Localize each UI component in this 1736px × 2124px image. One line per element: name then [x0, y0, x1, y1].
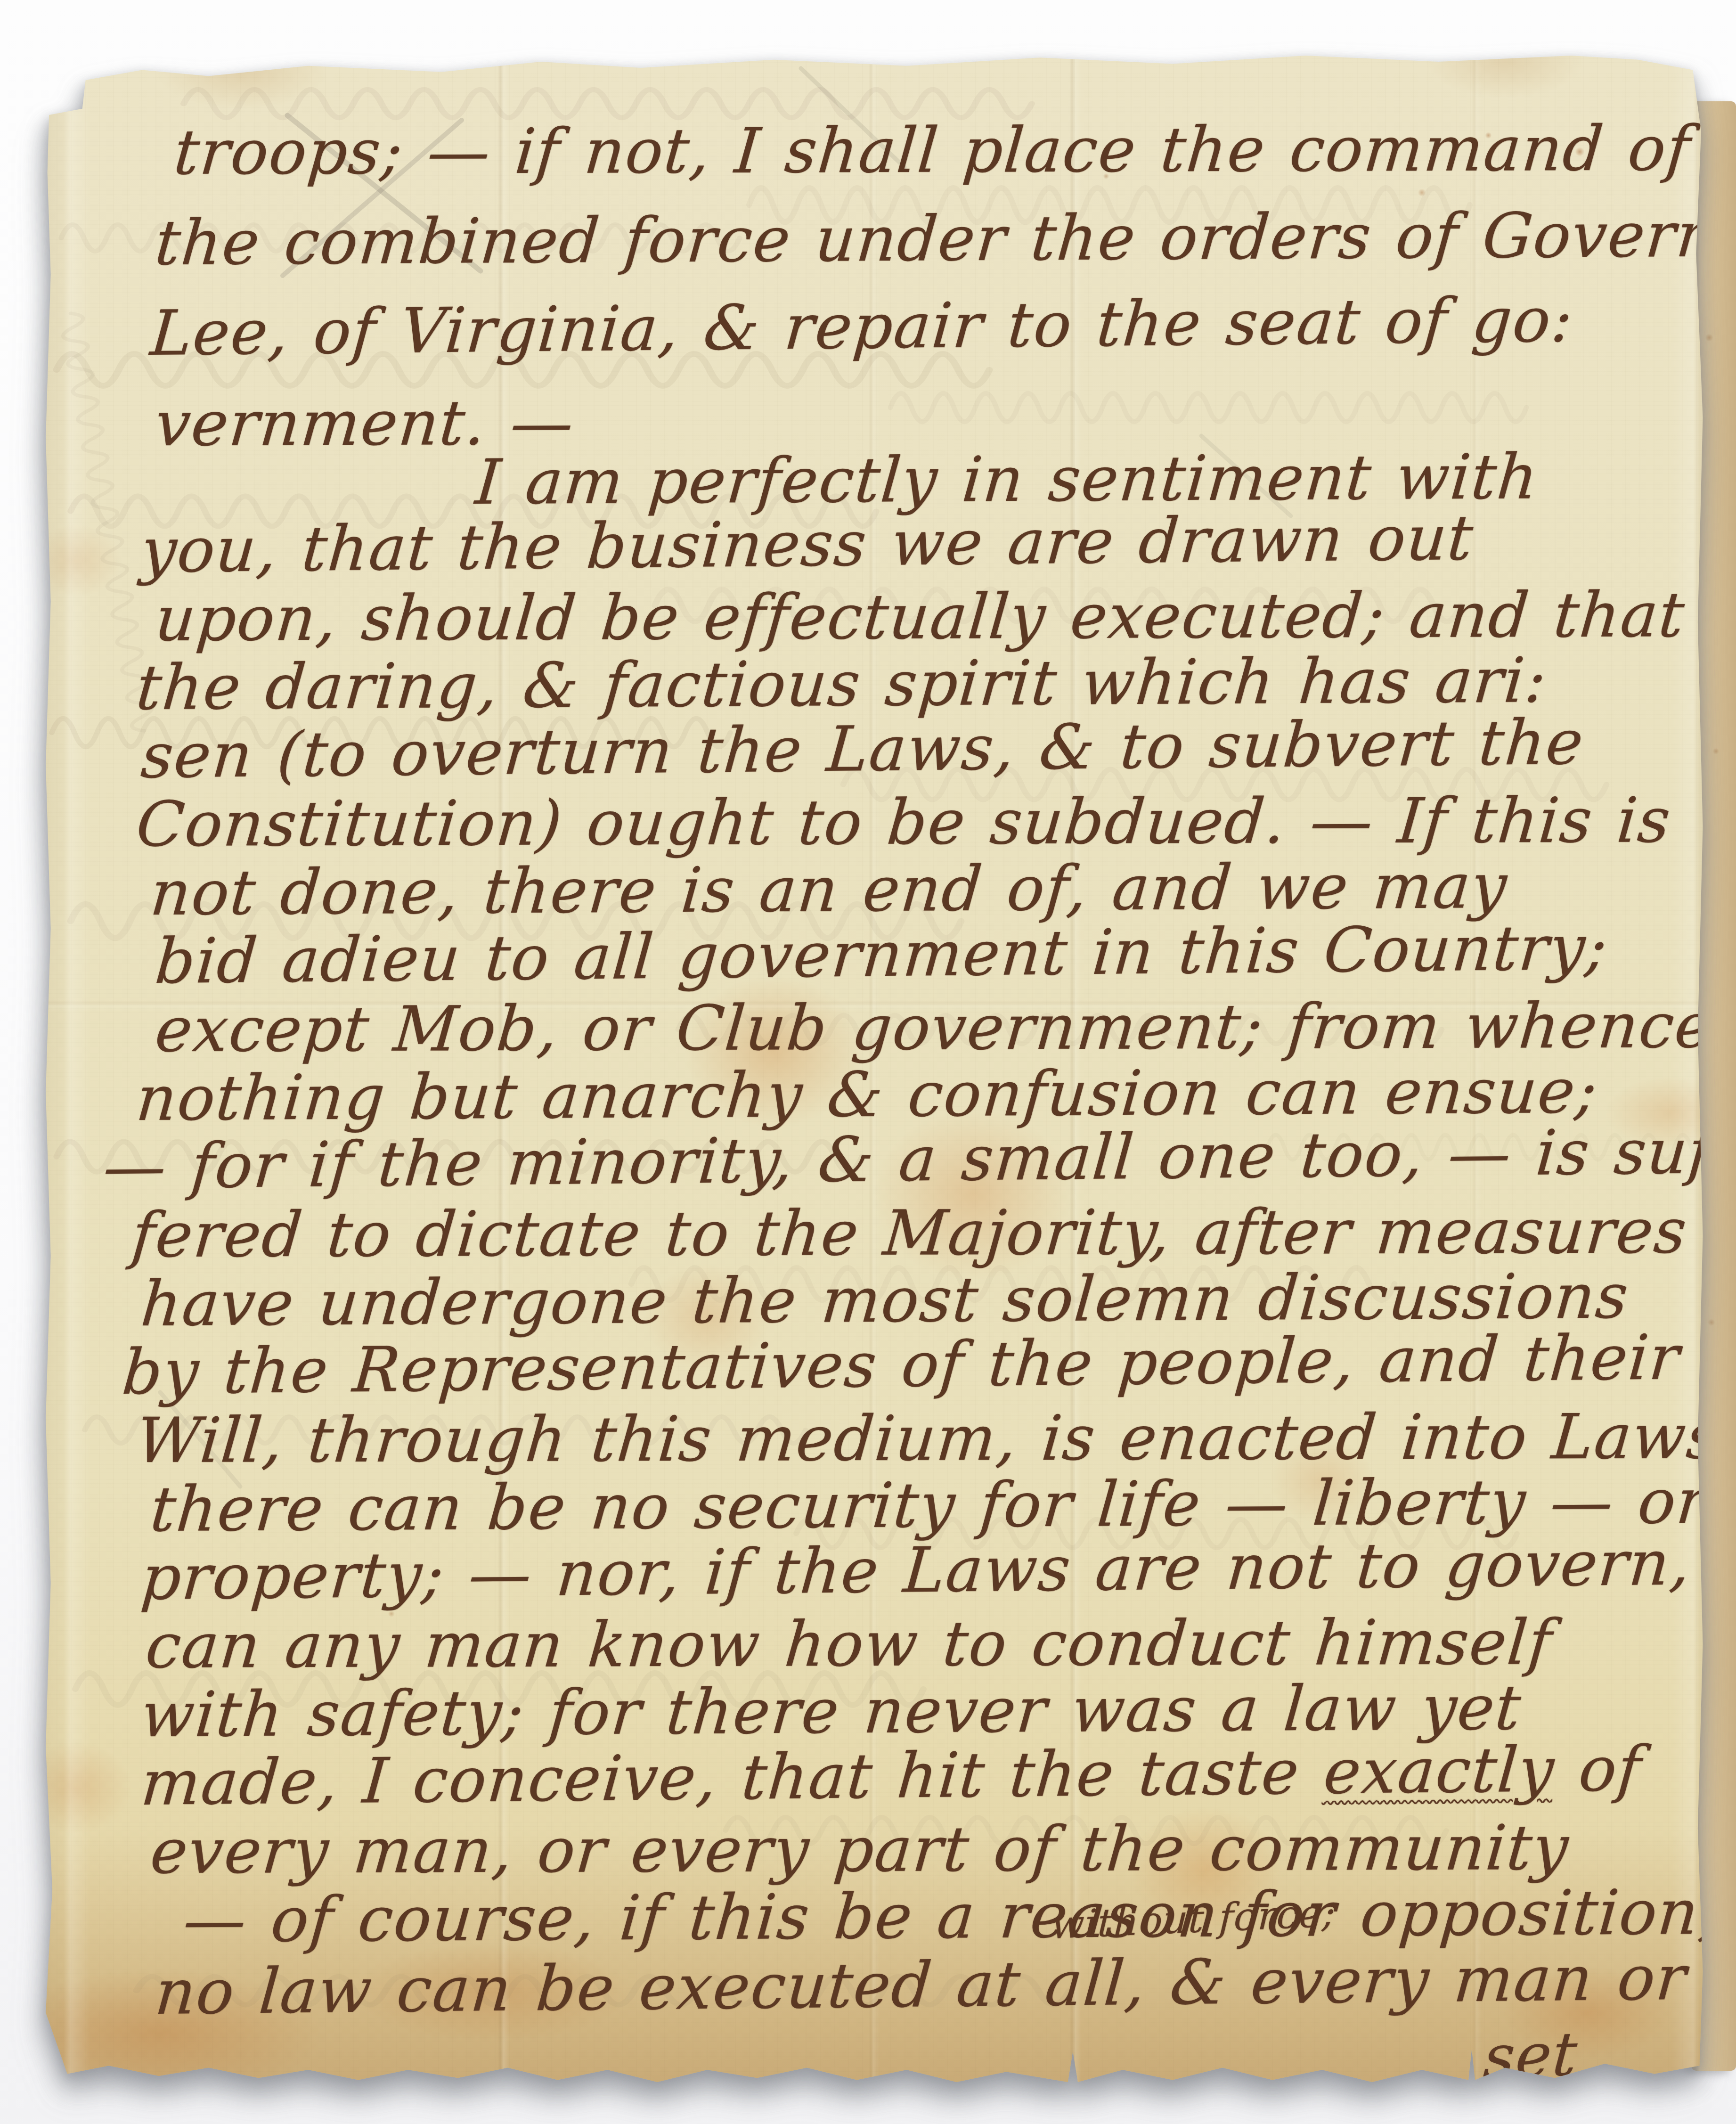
- manuscript-line: — for if the minority, & a small one too…: [101, 1119, 1735, 1200]
- line-text: Lee, of Virginia, & repair to the seat o…: [148, 284, 1576, 370]
- line-text: made, I conceive, that hit the taste: [139, 1736, 1327, 1820]
- manuscript-line: Will, through this medium, is enacted in…: [134, 1404, 1736, 1474]
- manuscript-line: — of course, if this be a reason for opp…: [181, 1880, 1722, 1953]
- manuscript-line: every man, or every part of the communit…: [148, 1815, 1572, 1884]
- catchword: set: [1482, 2025, 1580, 2088]
- manuscript-line: property; — nor, if the Laws are not to …: [139, 1530, 1694, 1610]
- line-text: you, that the business we are drawn out: [139, 502, 1476, 587]
- line-text: Constitution) ought to be subdued. — If …: [133, 784, 1674, 861]
- letter-page: troops; — if not, I shall place the comm…: [42, 49, 1704, 2094]
- manuscript-line: fered to dictate to the Majority, after …: [129, 1199, 1690, 1268]
- manuscript-line: made, I conceive, that hit the taste exa…: [139, 1736, 1644, 1816]
- line-text: — for if the minority, & a small one too…: [101, 1115, 1735, 1203]
- line-text: no law can be executed at all, & every m…: [153, 1942, 1689, 2029]
- scanned-letter-screenshot: troops; — if not, I shall place the comm…: [0, 0, 1736, 2124]
- manuscript-line: troops; — if not, I shall place the comm…: [171, 116, 1693, 186]
- manuscript-line: bid adieu to all government in this Coun…: [153, 915, 1610, 994]
- manuscript-line: can any man know how to conduct himself: [143, 1610, 1555, 1679]
- underlined-word: exactly: [1321, 1733, 1557, 1808]
- letter-page-wrapper: troops; — if not, I shall place the comm…: [42, 49, 1704, 2094]
- line-text: troops; — if not, I shall place the comm…: [171, 113, 1694, 189]
- line-text: can any man know how to conduct himself: [143, 1606, 1555, 1683]
- line-text: upon, should be effectually executed; an…: [152, 579, 1687, 655]
- line-text: sen (to overturn the Laws, & to subvert …: [139, 706, 1587, 792]
- line-text: bid adieu to all government in this Coun…: [153, 911, 1611, 998]
- manuscript-line: the combined force under the orders of G…: [153, 202, 1736, 276]
- line-text: by the Representatives of the people, an…: [120, 1321, 1683, 1409]
- manuscript-line: you, that the business we are drawn out: [139, 506, 1476, 584]
- line-text: fered to dictate to the Majority, after …: [129, 1195, 1690, 1272]
- manuscript-line: no law can be executed at all, & every m…: [153, 1945, 1689, 2026]
- manuscript-line: sen (to overturn the Laws, & to subvert …: [139, 710, 1587, 789]
- line-text: the combined force under the orders of G…: [153, 199, 1720, 279]
- line-text: except Mob, or Club government; from whe…: [152, 989, 1715, 1066]
- manuscript-text: troops; — if not, I shall place the comm…: [42, 49, 1704, 2094]
- manuscript-line: Lee, of Virginia, & repair to the seat o…: [148, 287, 1576, 367]
- manuscript-line: by the Representatives of the people, an…: [120, 1325, 1683, 1405]
- manuscript-line: Constitution) ought to be subdued. — If …: [134, 788, 1673, 857]
- line-text: property; — nor, if the Laws are not to …: [139, 1527, 1694, 1614]
- line-text: of: [1552, 1732, 1644, 1806]
- manuscript-line: upon, should be effectually executed; an…: [153, 583, 1687, 652]
- line-text: every man, or every part of the communit…: [147, 1812, 1572, 1888]
- manuscript-line: except Mob, or Club government; from whe…: [153, 993, 1715, 1062]
- line-text: Will, through this medium, is enacted in…: [133, 1400, 1736, 1477]
